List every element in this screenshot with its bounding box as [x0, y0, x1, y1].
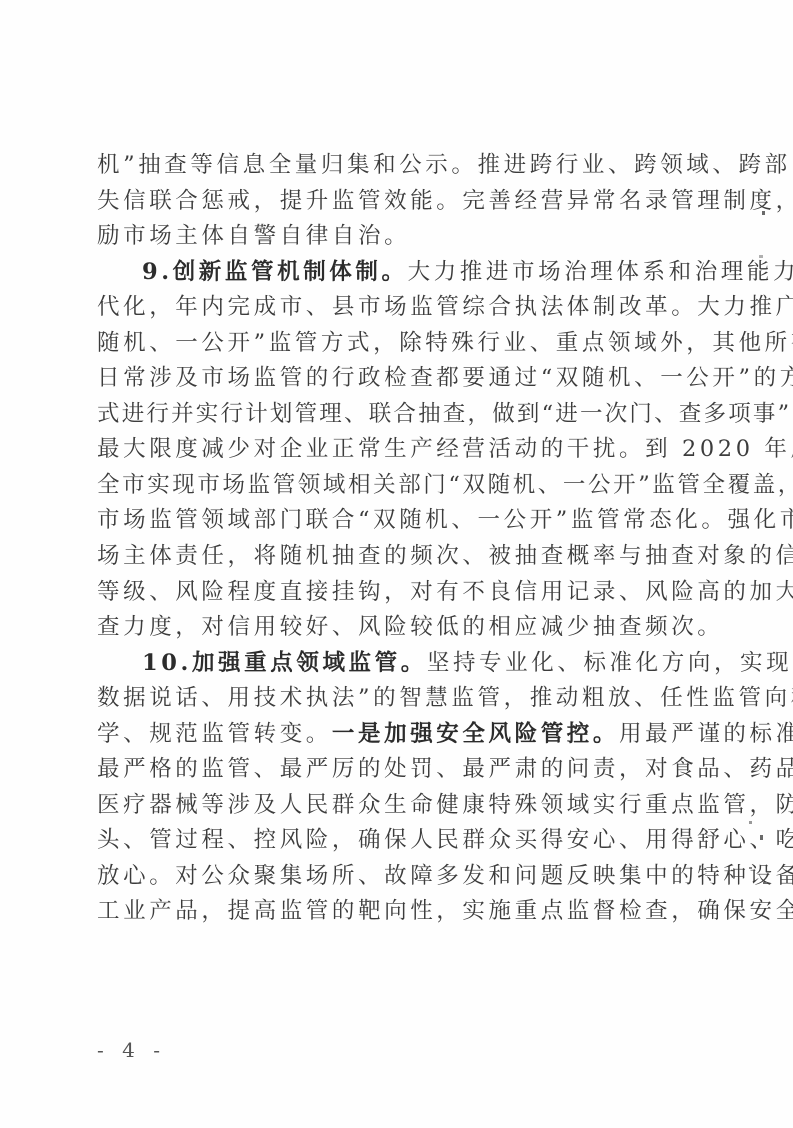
scan-artifact-mark — [763, 882, 767, 884]
text-line: 全市实现市场监管领域相关部门“双随机、一公开”监管全覆盖， — [97, 468, 687, 504]
text-line: 最严格的监管、最严厉的处罚、最严肃的问责，对食品、药品、 — [97, 752, 687, 788]
section-heading: 9.创新监管机制体制。 — [142, 259, 408, 285]
text-line: 随机、一公开”监管方式，除特殊行业、重点领域外，其他所有 — [97, 326, 687, 362]
section-heading: 10.加强重点领域监管。 — [142, 650, 427, 676]
text-line: 失信联合惩戒，提升监管效能。完善经营异常名录管理制度，激 — [97, 184, 687, 220]
text-line: 头、管过程、控风险，确保人民群众买得安心、用得舒心、吃得 — [97, 823, 687, 859]
text-line: 查力度，对信用较好、风险较低的相应减少抽查频次。 — [97, 610, 687, 646]
text-run: 用最严谨的标准、 — [619, 721, 793, 747]
text-line: 数据说话、用技术执法”的智慧监管，推动粗放、任性监管向科 — [97, 681, 687, 717]
document-body: 机”抽查等信息全量归集和公示。推进跨行业、跨领域、跨部门 失信联合惩戒，提升监管… — [97, 148, 687, 930]
scan-artifact-mark — [749, 821, 752, 824]
text-run: 坚持专业化、标准化方向，实现“靠 — [427, 650, 793, 676]
subsection-heading: 一是加强安全风险管控。 — [332, 721, 619, 747]
section-9-heading-line: 9.创新监管机制体制。大力推进市场治理体系和治理能力现 — [97, 255, 687, 291]
scan-artifact-mark — [758, 300, 761, 302]
scan-artifact-mark — [759, 255, 763, 258]
text-line: 代化，年内完成市、县市场监管综合执法体制改革。大力推广“双 — [97, 290, 687, 326]
text-line: 最大限度减少对企业正常生产经营活动的干扰。到 2020 年底， — [97, 432, 687, 468]
scan-artifact-mark — [749, 867, 752, 869]
text-line: 式进行并实行计划管理、联合抽查，做到“进一次门、查多项事”， — [97, 397, 687, 433]
text-line: 工业产品，提高监管的靶向性，实施重点监督检查，确保安全风 — [97, 894, 687, 930]
text-line: 机”抽查等信息全量归集和公示。推进跨行业、跨领域、跨部门 — [97, 148, 687, 184]
text-line: 场主体责任，将随机抽查的频次、被抽查概率与抽查对象的信用 — [97, 539, 687, 575]
document-page: 机”抽查等信息全量归集和公示。推进跨行业、跨领域、跨部门 失信联合惩戒，提升监管… — [0, 0, 793, 1128]
text-line: 医疗器械等涉及人民群众生命健康特殊领域实行重点监管，防源 — [97, 788, 687, 824]
scan-artifact-mark — [760, 835, 763, 840]
text-run: 学、规范监管转变。 — [97, 721, 332, 747]
text-line: 放心。对公众聚集场所、故障多发和问题反映集中的特种设备和 — [97, 859, 687, 895]
text-line: 等级、风险程度直接挂钩，对有不良信用记录、风险高的加大抽 — [97, 575, 687, 611]
text-run: 大力推进市场治理体系和治理能力现 — [408, 259, 793, 285]
text-line: 市场监管领域部门联合“双随机、一公开”监管常态化。强化市 — [97, 503, 687, 539]
page-number: - 4 - — [97, 1038, 166, 1062]
text-line: 励市场主体自警自律自治。 — [97, 219, 687, 255]
scan-artifact-mark — [762, 211, 765, 215]
text-line: 日常涉及市场监管的行政检查都要通过“双随机、一公开”的方 — [97, 361, 687, 397]
section-10-heading-line: 10.加强重点领域监管。坚持专业化、标准化方向，实现“靠 — [97, 646, 687, 682]
subheading-line: 学、规范监管转变。一是加强安全风险管控。用最严谨的标准、 — [97, 717, 687, 753]
